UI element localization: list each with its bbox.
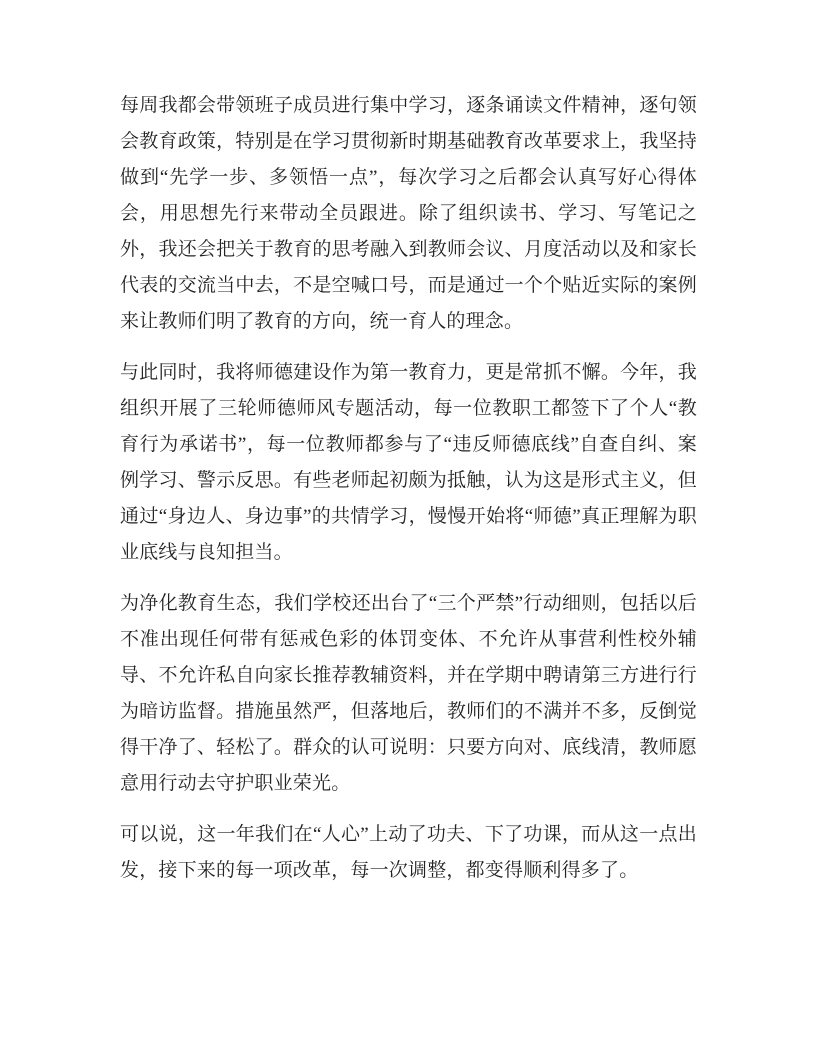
document-page: 每周我都会带领班子成员进行集中学习，逐条诵读文件精神，逐句领会教育政策，特别是在… <box>0 0 816 1056</box>
paragraph: 与此同时，我将师德建设作为第一教育力，更是常抓不懈。今年，我组织开展了三轮师德师… <box>120 355 697 571</box>
paragraph: 可以说，这一年我们在“人心”上动了功夫、下了功课，而从这一点出发，接下来的每一项… <box>120 817 697 889</box>
paragraph: 为净化教育生态，我们学校还出台了“三个严禁”行动细则，包括以后不准出现任何带有惩… <box>120 586 697 802</box>
paragraph: 每周我都会带领班子成员进行集中学习，逐条诵读文件精神，逐句领会教育政策，特别是在… <box>120 88 697 340</box>
